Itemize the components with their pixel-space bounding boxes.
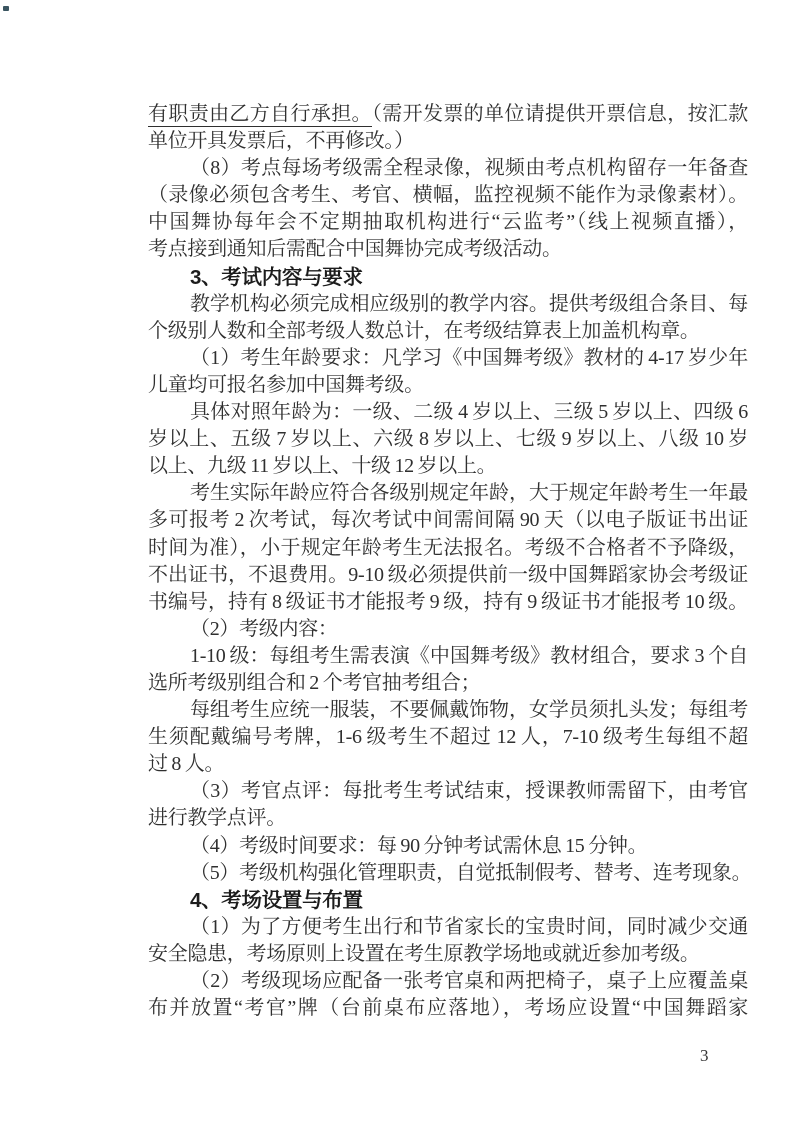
text-line: 布并放置“考官”牌（台前桌布应落地），考场应设置“中国舞蹈家 xyxy=(148,995,748,1022)
text-line: （录像必须包含考生、考官、横幅，监控视频不能作为录像素材）。 xyxy=(148,182,748,209)
text-line: 考生实际年龄应符合各级别规定年龄，大于规定年龄考生一年最 xyxy=(148,480,748,507)
text-line: 单位开具发票后，不再修改。） xyxy=(148,128,748,155)
text-line: 中国舞协每年会不定期抽取机构进行“云监考”（线上视频直播）， xyxy=(148,209,748,236)
text-line: （1）为了方便考生出行和节省家长的宝贵时间，同时减少交通 xyxy=(148,914,748,941)
text-line: 不出证书，不退费用。9-10 级必须提供前一级中国舞蹈家协会考级证 xyxy=(148,562,748,589)
text-line: 多可报考 2 次考试，每次考试中间需间隔 90 天（以电子版证书出证 xyxy=(148,507,748,534)
text-line: 进行教学点评。 xyxy=(148,805,748,832)
text-line: （4）考级时间要求：每 90 分钟考试需休息 15 分钟。 xyxy=(148,833,748,860)
text-line: 每组考生应统一服装，不要佩戴饰物，女学员须扎头发；每组考 xyxy=(148,697,748,724)
text-line: 个级别人数和全部考级人数总计，在考级结算表上加盖机构章。 xyxy=(148,318,748,345)
text-line: （8）考点每场考级需全程录像，视频由考点机构留存一年备查 xyxy=(148,155,748,182)
text-segment: （需开发票的单位请提供开票信息，按汇款 xyxy=(372,103,748,125)
text-block: 有职责由乙方自行承担。（需开发票的单位请提供开票信息，按汇款单位开具发票后，不再… xyxy=(148,101,748,1022)
text-line: 具体对照年龄为：一级、二级 4 岁以上、三级 5 岁以上、四级 6 xyxy=(148,399,748,426)
text-line: 岁以上、五级 7 岁以上、六级 8 岁以上、七级 9 岁以上、八级 10 岁 xyxy=(148,426,748,453)
text-line: 生须配戴编号考牌，1-6 级考生不超过 12 人，7-10 级考生每组不超 xyxy=(148,724,748,751)
text-line: 教学机构必须完成相应级别的教学内容。提供考级组合条目、每 xyxy=(148,291,748,318)
text-line: 时间为准），小于规定年龄考生无法报名。考级不合格者不予降级， xyxy=(148,535,748,562)
text-line: 过 8 人。 xyxy=(148,751,748,778)
scan-artifact xyxy=(3,6,9,11)
text-line: （3）考官点评：每批考生考试结束，授课教师需留下，由考官 xyxy=(148,778,748,805)
text-line: 以上、九级 11 岁以上、十级 12 岁以上。 xyxy=(148,453,748,480)
text-line: 安全隐患，考场原则上设置在考生原教学场地或就近参加考级。 xyxy=(148,941,748,968)
text-line: 选所考级别组合和 2 个考官抽考组合； xyxy=(148,670,748,697)
text-line: 考点接到通知后需配合中国舞协完成考级活动。 xyxy=(148,236,748,263)
text-line: 书编号，持有 8 级证书才能报考 9 级，持有 9 级证书才能报考 10 级。 xyxy=(148,589,748,616)
text-line: （1）考生年龄要求：凡学习《中国舞考级》教材的 4-17 岁少年 xyxy=(148,345,748,372)
text-line: （2）考级现场应配备一张考官桌和两把椅子，桌子上应覆盖桌 xyxy=(148,968,748,995)
underlined-text: 有职责由乙方自行承担。 xyxy=(148,103,372,127)
text-line: 1-10 级：每组考生需表演《中国舞考级》教材组合，要求 3 个自 xyxy=(148,643,748,670)
text-line: 有职责由乙方自行承担。（需开发票的单位请提供开票信息，按汇款 xyxy=(148,101,748,128)
section-heading: 3、考试内容与要求 xyxy=(148,264,748,291)
text-line: 儿童均可报名参加中国舞考级。 xyxy=(148,372,748,399)
text-line: （2）考级内容： xyxy=(148,616,748,643)
section-heading: 4、考场设置与布置 xyxy=(148,887,748,914)
page-number: 3 xyxy=(700,1046,724,1066)
text-line: （5）考级机构强化管理职责，自觉抵制假考、替考、连考现象。 xyxy=(148,860,748,887)
document-page: 有职责由乙方自行承担。（需开发票的单位请提供开票信息，按汇款单位开具发票后，不再… xyxy=(0,0,800,1130)
